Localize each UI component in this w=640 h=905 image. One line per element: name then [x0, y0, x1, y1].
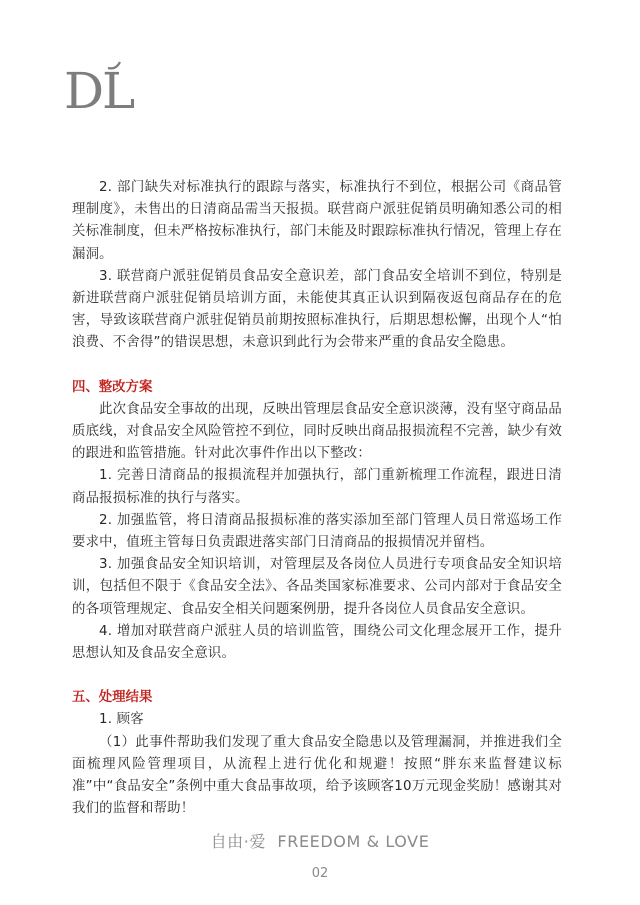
page-number: 02 [0, 866, 640, 881]
rectification-item-2: 2. 加强监管，将日清商品报损标准的落实添加至部门管理人员日常巡场工作要求中，值… [72, 510, 562, 554]
cause-item-2: 2. 部门缺失对标准执行的跟踪与落实，标准执行不到位，根据公司《商品管理制度》，… [72, 177, 562, 266]
svg-text:L: L [102, 62, 135, 112]
rectification-item-1: 1. 完善日清商品的报损流程并加强执行，部门重新梳理工作流程，跟进日清商品报损标… [72, 465, 562, 509]
footer-slogan: 自由·爱 FREEDOM & LOVE [0, 829, 640, 852]
result-paragraph-1: （1）此事件帮助我们发现了重大食品安全隐患以及管理漏洞，并推进我们全面梳理风险管… [72, 732, 562, 821]
result-subheading-customer: 1. 顾客 [72, 709, 562, 731]
rectification-item-4: 4. 增加对联营商户派驻人员的培训监管，围绕公司文化理念展开工作，提升思想认知及… [72, 621, 562, 665]
cause-item-3: 3. 联营商户派驻促销员食品安全意识差，部门食品安全培训不到位，特别是新进联营商… [72, 266, 562, 355]
section-heading-rectification: 四、整改方案 [72, 377, 562, 399]
rectification-item-3: 3. 加强食品安全知识培训，对管理层及各岗位人员进行专项食品安全知识培训，包括但… [72, 554, 562, 621]
section-heading-result: 五、处理结果 [72, 687, 562, 709]
document-body: 2. 部门缺失对标准执行的跟踪与落实，标准执行不到位，根据公司《商品管理制度》，… [72, 177, 562, 820]
dl-logo: D L [64, 60, 144, 112]
rectification-intro: 此次食品安全事故的出现，反映出管理层食品安全意识淡薄，没有坚守商品品质底线，对食… [72, 399, 562, 466]
svg-text:D: D [64, 62, 102, 112]
